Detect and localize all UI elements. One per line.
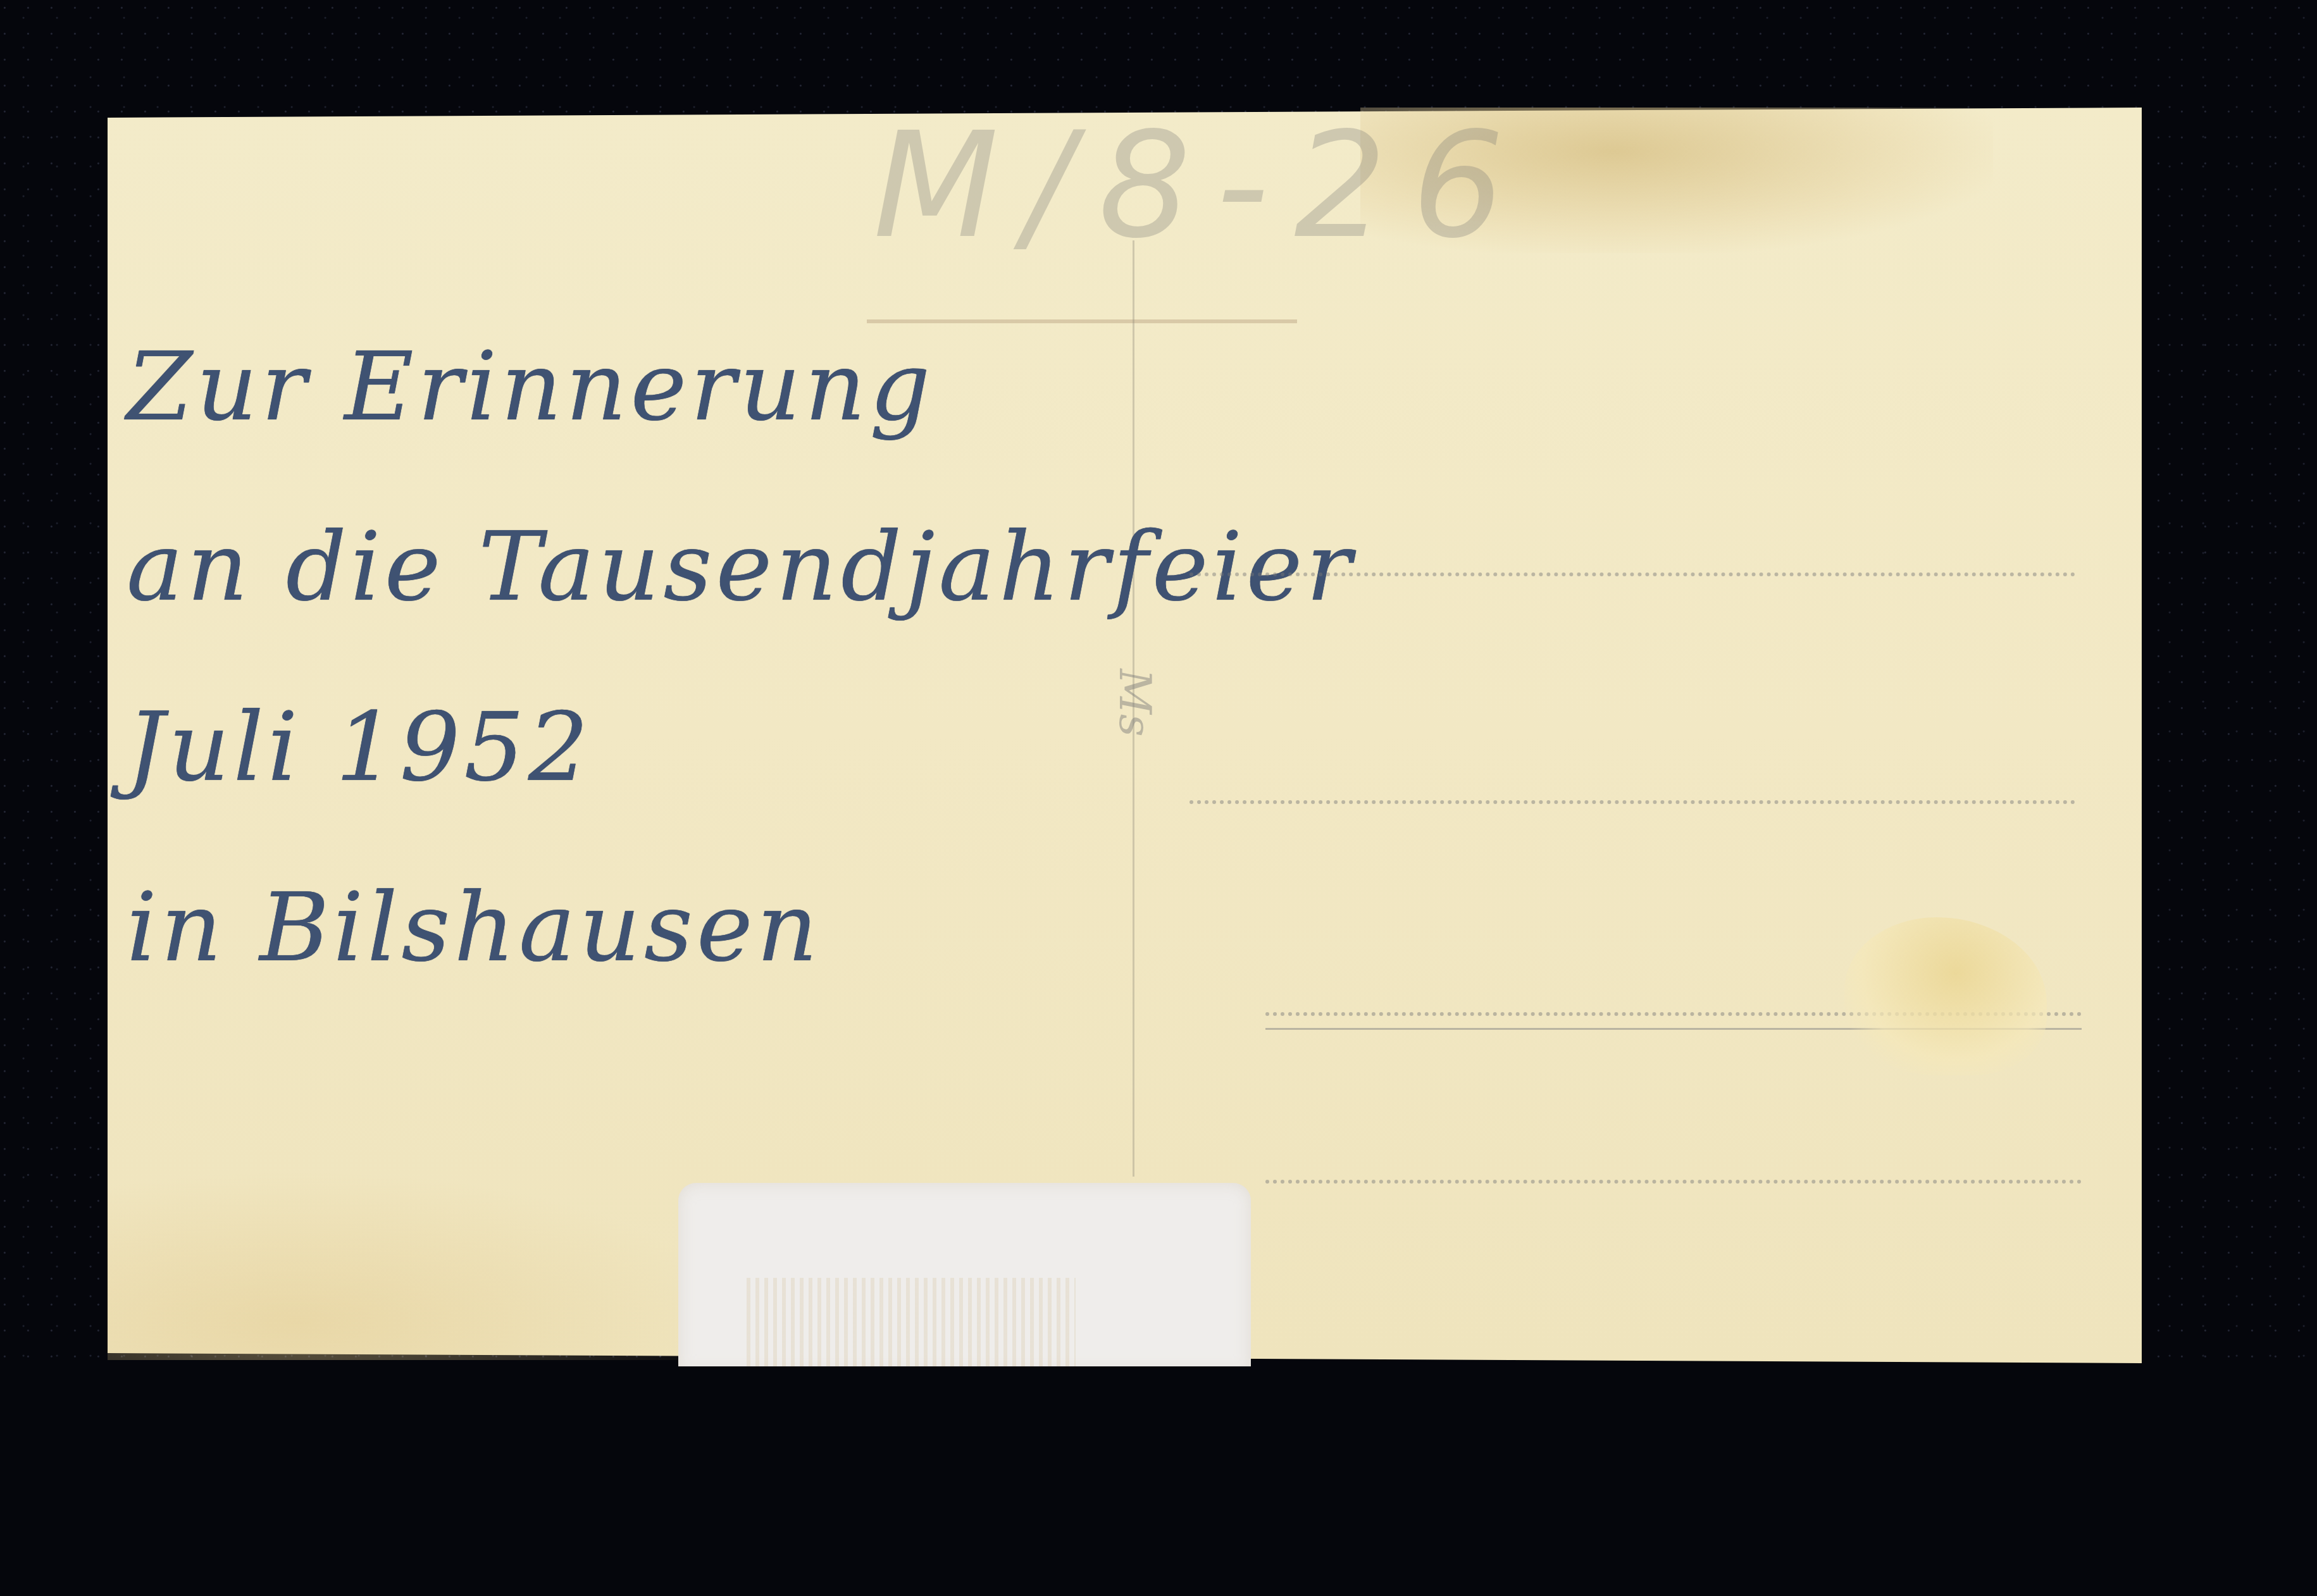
scanner-background-bottom xyxy=(0,1366,2317,1596)
address-line-4 xyxy=(1265,1180,2082,1184)
pencil-reference-number: M/8-26 xyxy=(873,114,1632,291)
message-line-1: Zur Erinnerung xyxy=(127,297,1139,478)
message-line-3: Juli 1952 xyxy=(127,658,1139,838)
message-line-4: in Bilshausen xyxy=(127,838,1139,1018)
handwritten-message: Zur Erinnerung an die Tausendjahrfeier J… xyxy=(127,297,1139,1018)
address-line-2 xyxy=(1190,800,2075,804)
message-line-2: an die Tausendjahrfeier xyxy=(127,478,1139,658)
stain-bottom-left xyxy=(108,1170,740,1360)
sticker-faded-print xyxy=(747,1278,1076,1373)
address-line-1 xyxy=(1190,572,2075,576)
